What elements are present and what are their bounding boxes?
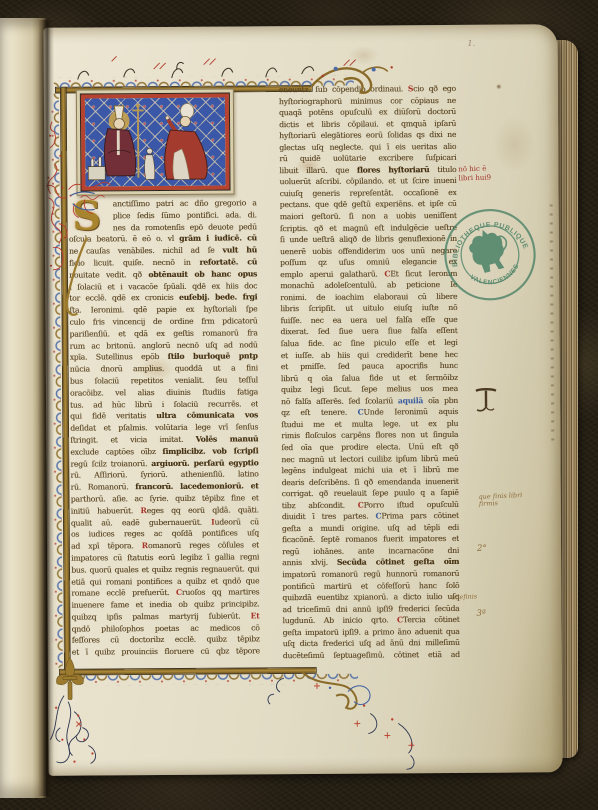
text-line: impatores cū ſtatutis eorū legibz ī gall… xyxy=(71,551,259,564)
top-cadel-hooks xyxy=(78,62,314,80)
text-line: initiū habuerūt. Reges qq eorū qldā. quā… xyxy=(71,504,259,517)
text-line: lugdunū. Ab inicio qrto. CTercia cōtinet xyxy=(283,614,460,627)
margin-note-2: 2° xyxy=(477,546,487,553)
text-line: nouitate vedit. qð obtēnauit ob hanc opu… xyxy=(69,268,257,281)
folio-mark: 1. xyxy=(467,39,475,48)
text-line: impatorū romanorū regū hunnorū romanorū xyxy=(282,568,459,581)
margin-red-note: nō hic ē libri hui9 xyxy=(458,164,510,183)
text-line: et pmiſſe. ſed pauca apocrifis hunc xyxy=(281,360,458,373)
bottom-left-penwork xyxy=(50,695,96,763)
margin-note-adefinis: adefinis xyxy=(451,593,477,601)
border-bar-bottom xyxy=(60,668,316,675)
illuminated-initial: S xyxy=(65,193,109,241)
text-line: eneuntz. ſub cōpendio ordinaui. Scio qð … xyxy=(279,83,456,96)
text-line: pariſienſiū. et qdā ex geſtis romanorū f… xyxy=(69,327,257,340)
text-line: poſſum qz uſus omniū elegancie ex xyxy=(280,256,457,269)
text-line: culo fris vincencij de ordine frm pdicat… xyxy=(69,315,257,328)
text-line: ſed oīa que prodire electa. Unū eſt qð xyxy=(281,441,458,454)
miniature-figures xyxy=(85,98,226,190)
text-line: hyſtoriarū elegātiores eorū ſolidas qs d… xyxy=(279,129,456,142)
margin-note-finis: que finis libri firmis xyxy=(478,491,543,508)
bottom-center-flourish xyxy=(268,671,415,770)
text-line: bus. quorū quales et quibz regnis regnau… xyxy=(71,563,259,576)
seated-bishop-figure xyxy=(104,106,136,176)
border-bar-left xyxy=(61,88,70,675)
bottom-left-penwork-dots xyxy=(55,706,94,762)
text-line: quibzdā euentibz xpianorū. a dicto iulio… xyxy=(282,591,459,604)
text-line: parthorū. aſie. ac ſyrie. quibz tēpibz f… xyxy=(71,492,259,505)
text-line: corrigat. qð reuelauit ſepe puulo q a ſa… xyxy=(282,487,459,500)
text-line: ducēteſimū ſeptuageſimū. cōtinet etiā ad xyxy=(283,649,460,662)
miniature-frame xyxy=(81,94,230,191)
text-line: monachū adoleſcentulū. ab peticione Ie xyxy=(280,279,457,292)
mitre-icon xyxy=(114,106,124,119)
top-red-ticks xyxy=(112,55,356,70)
text-column-left: anctiſſimo patri ac dño gregorio aplice … xyxy=(69,197,260,658)
text-line: maiori geſtorū. ſi non a uobis ueniſſent xyxy=(280,210,457,223)
margin-red-note-line1: nō hic ē xyxy=(458,165,486,174)
text-line: ſtringit. et vicia imitat. Volēs manuū xyxy=(70,433,258,446)
margin-note-3: 3ª xyxy=(476,611,486,618)
text-line: rū quidē uolūtarie excribere ſuſpicari xyxy=(279,152,456,165)
gutter-shadow xyxy=(38,20,54,796)
text-line: bus ſolaciū repetitos venialit. ſeu teſſ… xyxy=(70,374,258,387)
altar-icon xyxy=(88,157,105,180)
text-line: et ī quibz prouinciis floruere cū qbz tē… xyxy=(72,646,260,659)
text-line: exclude captōes oībz ſimplicibz. vob ſcr… xyxy=(70,445,258,458)
kneeling-cleric-figure xyxy=(164,103,207,179)
margin-red-note-line2: libri hui9 xyxy=(458,174,491,183)
border-fringe-bottom xyxy=(58,674,358,686)
manuscript-photo: S anctiſſimo patri ac dño gregorio aplic… xyxy=(0,0,598,810)
miniature xyxy=(76,88,235,195)
text-line: uſq dicta frederici uſq ad ānū dni mille… xyxy=(283,637,460,650)
quire-mark-icon xyxy=(474,387,498,413)
manuscript-page: S anctiſſimo patri ac dño gregorio aplic… xyxy=(43,24,562,776)
text-line: legēns indulgeat michi uia et ī librū me xyxy=(281,464,458,477)
text-line: diuidit ī tres partes. CPrima pars cōtin… xyxy=(282,510,459,523)
text-column-right: eneuntz. ſub cōpendio ordinaui. Scio qð … xyxy=(279,83,460,662)
text-line: ſalua fide. ac ſine piculo eſſe et legi xyxy=(281,337,458,350)
fleur-de-lis-icon xyxy=(56,658,83,700)
text-line: ſi unde ueſtrā aliqð de libris genuflexi… xyxy=(280,233,457,246)
text-line: quaqā potēns opuſculū ex diūſorū doctorū xyxy=(279,106,456,119)
text-line: oracōibz. vel alias diuinis ſtudiis fati… xyxy=(70,386,258,399)
text-line: ficio licuit. quiſe. necnō in refortatē.… xyxy=(69,256,257,269)
small-attendant-figure xyxy=(144,148,155,179)
text-line: quibzq ipſis palmas martyrij ſubierūt. E… xyxy=(71,610,259,623)
text-line: quibz legi ſicut. ſepe melius uos mea xyxy=(281,383,458,396)
